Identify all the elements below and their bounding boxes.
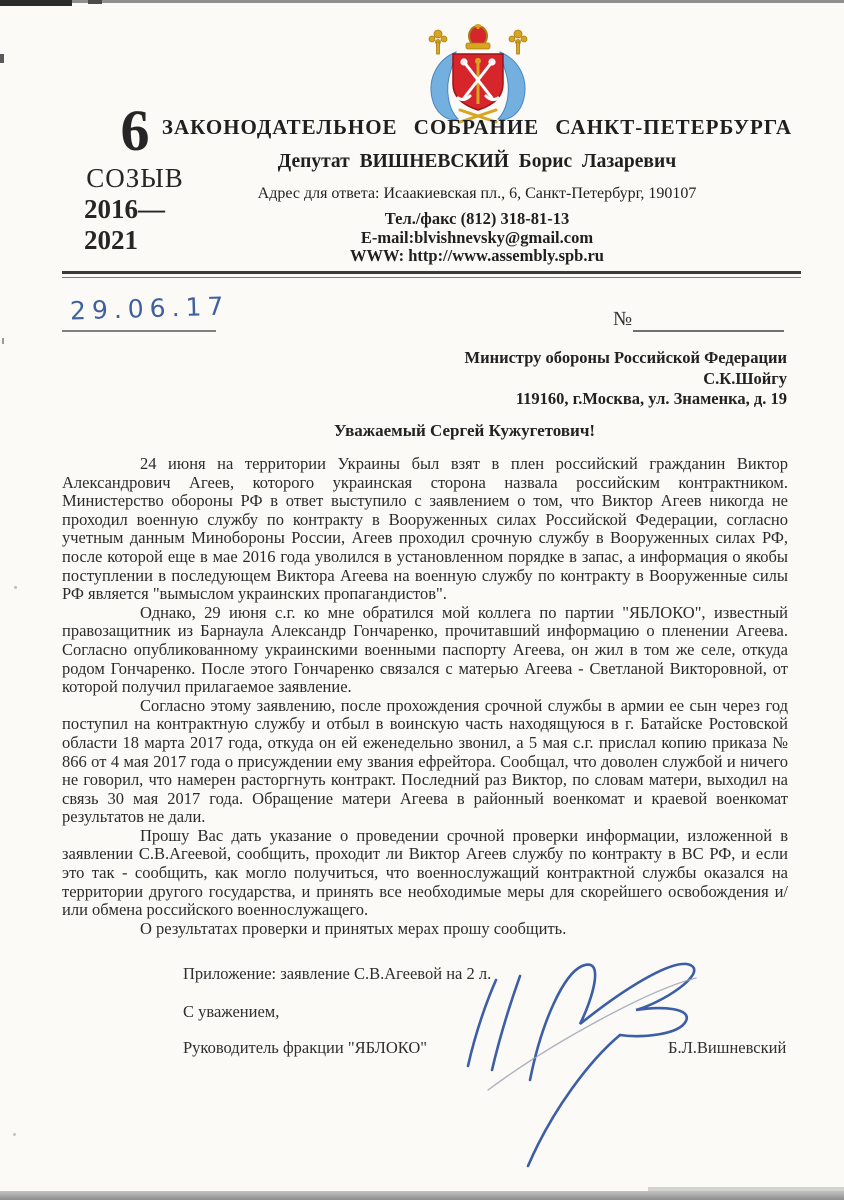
email-line: E-mail:blvishnevsky@gmail.com xyxy=(160,228,794,248)
date-underline xyxy=(62,330,216,332)
scan-top-edge-dark-segment xyxy=(0,0,72,6)
closing-regards: С уважением, xyxy=(183,1002,279,1022)
scanned-letter-page: { "letterhead": { "convocation_number": … xyxy=(0,0,844,1200)
document-number-blank xyxy=(633,330,784,332)
scan-top-edge-tick xyxy=(88,0,102,4)
letter-paragraph: 24 июня на территории Украины был взят в… xyxy=(62,455,788,604)
letter-paragraph: Согласно этому заявлению, после прохожде… xyxy=(62,697,788,827)
signer-position: Руководитель фракции "ЯБЛОКО" xyxy=(183,1038,427,1058)
scan-left-edge-mark xyxy=(0,54,4,63)
letter-paragraph: О результатах проверки и принятых мерах … xyxy=(62,920,788,939)
recipient-title: Министру обороны Российской Федерации xyxy=(465,348,788,369)
spb-coat-of-arms-icon xyxy=(416,24,540,126)
phone-line: Тел./факс (812) 318-81-13 xyxy=(160,209,794,229)
scan-bottom-edge-light xyxy=(648,1187,844,1191)
handwritten-signature xyxy=(430,948,730,1180)
scan-speck xyxy=(14,586,17,589)
recipient-name: С.К.Шойгу xyxy=(465,369,788,390)
document-number-label: № xyxy=(613,308,632,331)
scan-top-edge xyxy=(0,0,844,3)
deputy-name-line: Депутат ВИШНЕВСКИЙ Борис Лазаревич xyxy=(160,151,794,173)
scan-speck xyxy=(13,1133,16,1136)
website-line: WWW: http://www.assembly.spb.ru xyxy=(160,246,794,266)
letter-body: 24 июня на территории Украины был взят в… xyxy=(62,455,788,938)
scan-left-edge-mark-2 xyxy=(2,338,4,344)
org-title: ЗАКОНОДАТЕЛЬНОЕ СОБРАНИЕ САНКТ-ПЕТЕРБУРГ… xyxy=(160,115,794,140)
reply-address-line: Адрес для ответа: Исаакиевская пл., 6, С… xyxy=(160,185,794,203)
handwritten-date: 29.06.17 xyxy=(70,292,230,326)
letter-paragraph: Однако, 29 июня с.г. ко мне обратился мо… xyxy=(62,604,788,697)
letter-paragraph: Прошу Вас дать указание о проведении сро… xyxy=(62,827,788,920)
scan-bottom-edge xyxy=(0,1191,844,1200)
letterhead-separator-rule xyxy=(62,271,801,278)
recipient-block: Министру обороны Российской Федерации С.… xyxy=(465,348,788,410)
recipient-address: 119160, г.Москва, ул. Знаменка, д. 19 xyxy=(465,389,788,410)
salutation: Уважаемый Сергей Кужугетович! xyxy=(334,421,595,441)
